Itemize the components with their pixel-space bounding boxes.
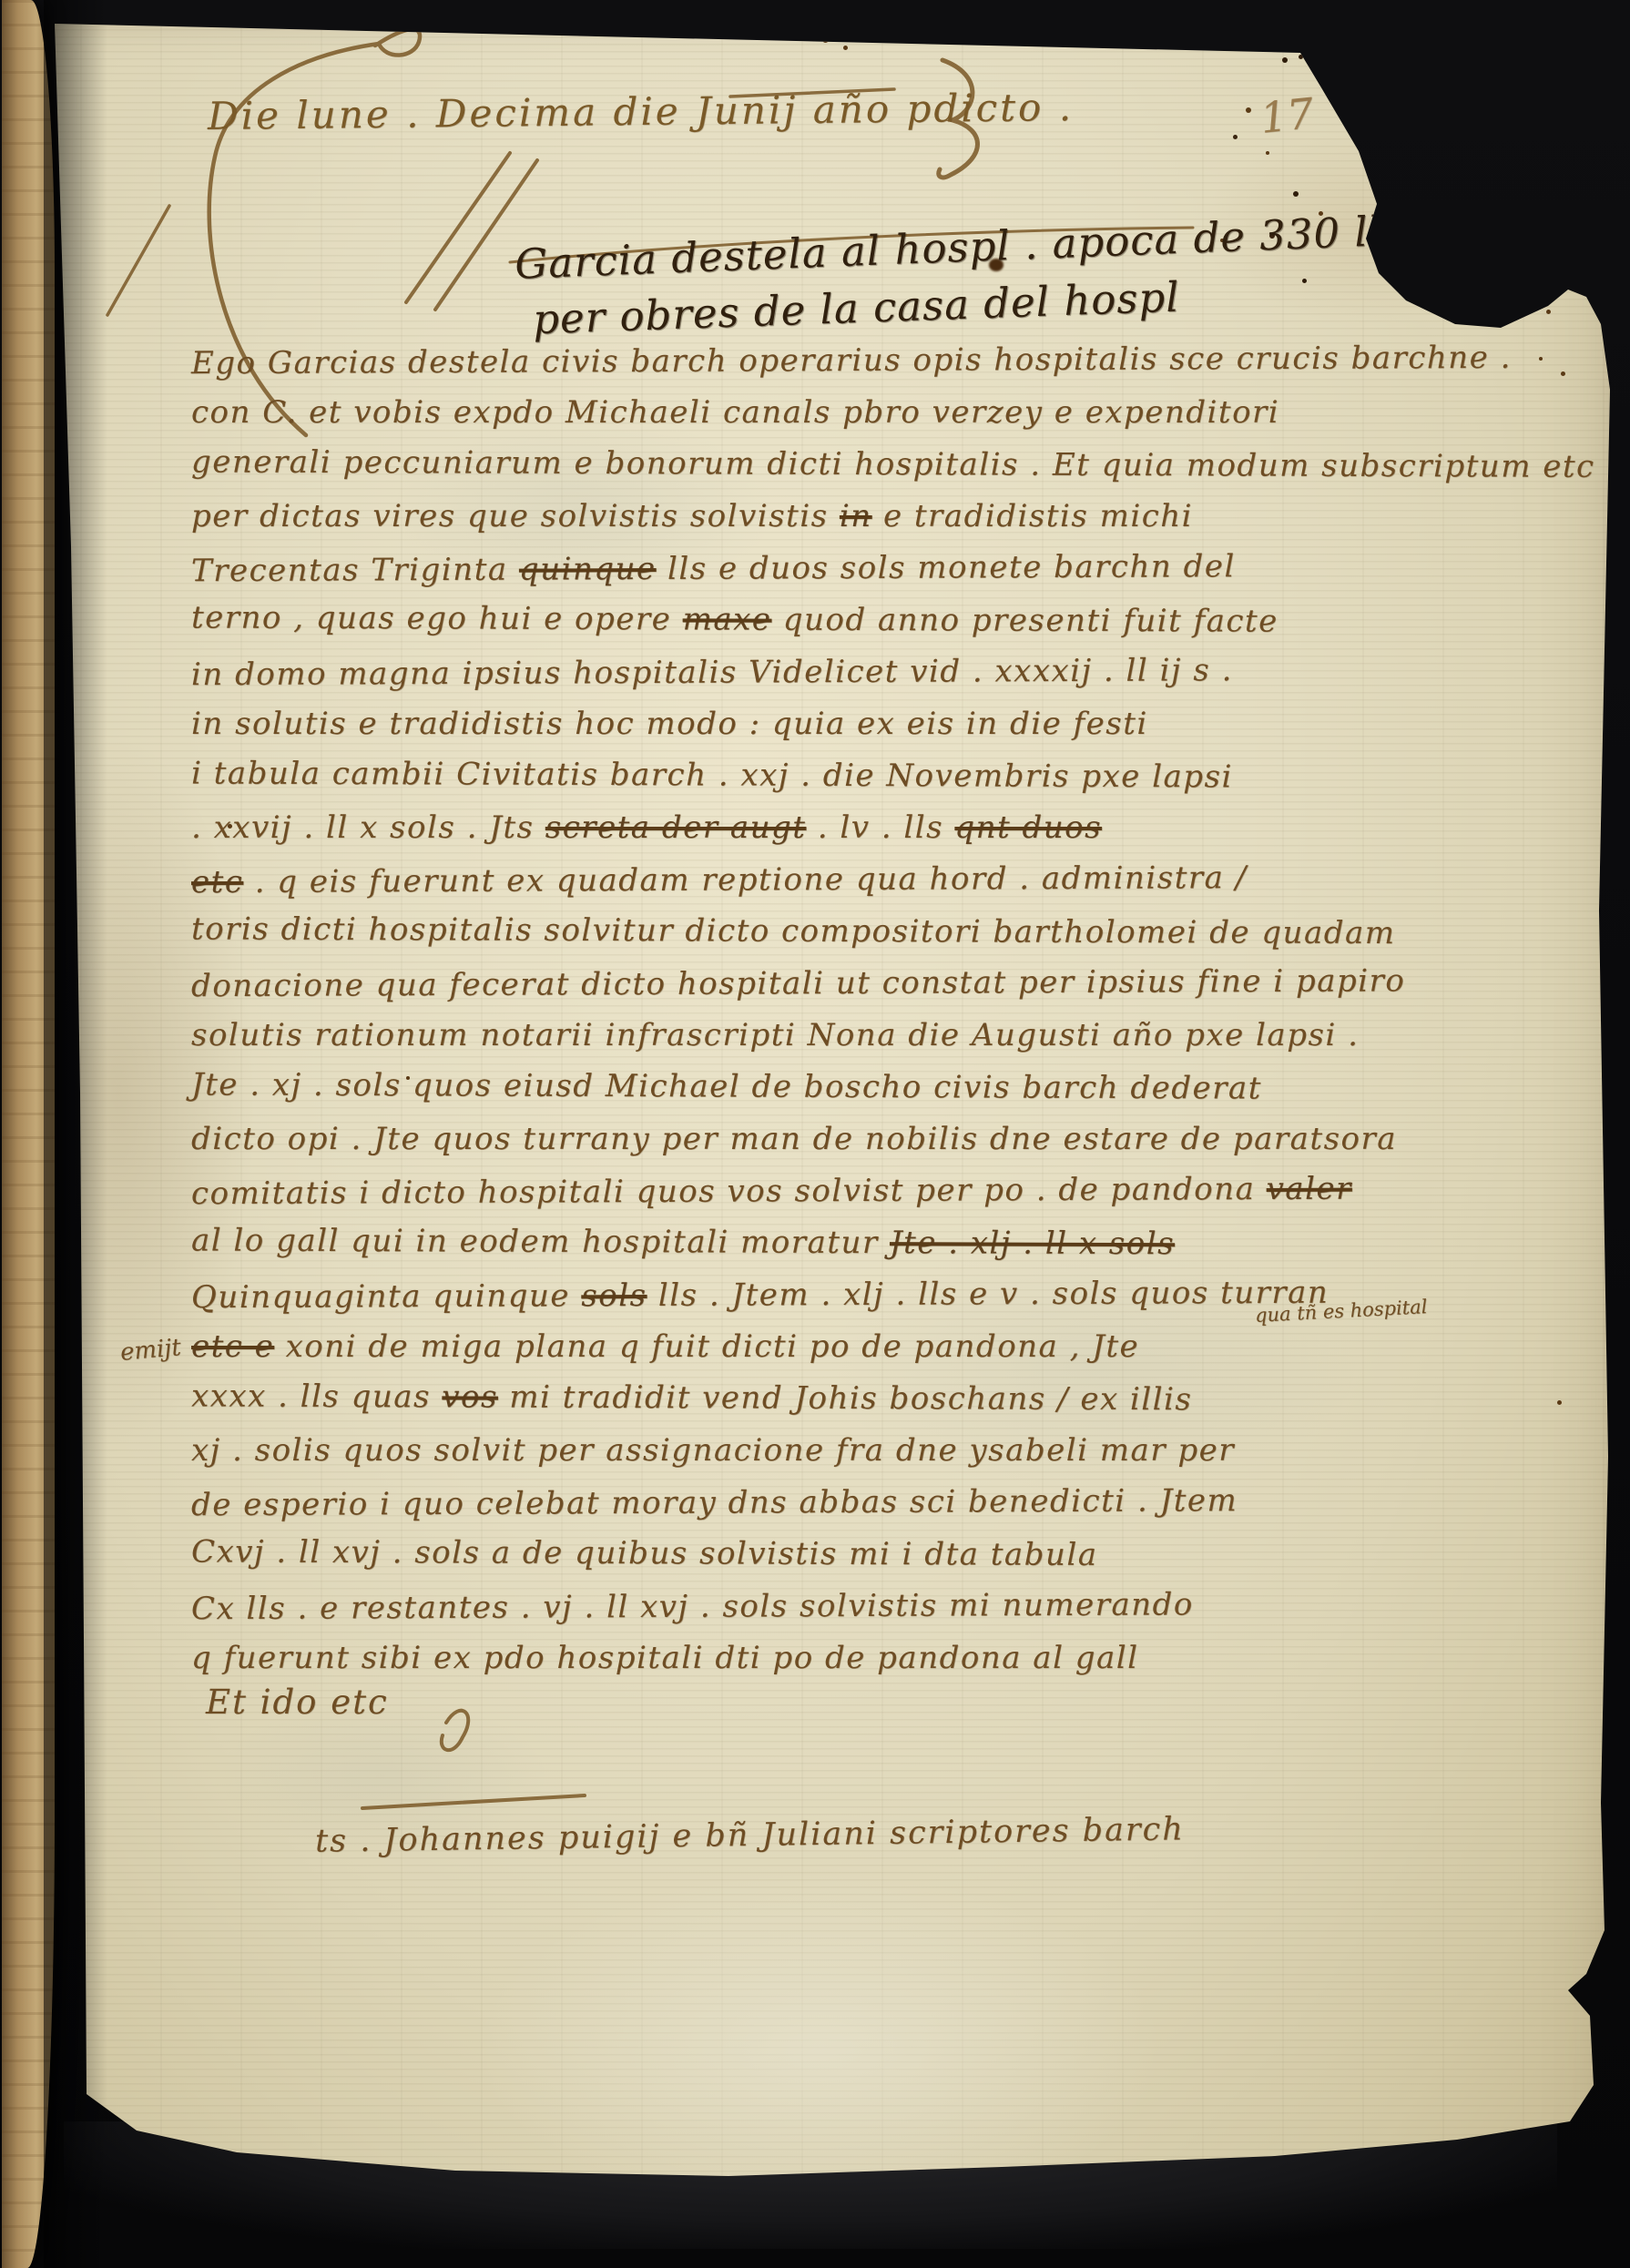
body-text: Quinquaginta quinque xyxy=(191,1277,581,1316)
foxing-speck xyxy=(1557,1400,1562,1405)
struck-text: etc xyxy=(191,864,244,900)
manuscript-line: Cxvj . ll xvj . sols a de quibus solvist… xyxy=(191,1526,1521,1582)
foxing-speck xyxy=(1546,310,1551,314)
foxing-speck xyxy=(1233,135,1238,139)
body-text: . lv . lls xyxy=(806,809,954,846)
manuscript-line: i tabula cambii Civitatis barch . xxj . … xyxy=(191,748,1521,804)
struck-text: maxe xyxy=(683,601,772,637)
manuscript-line: etc . q eis fuerunt ex quadam reptione q… xyxy=(191,851,1521,909)
manuscript-line: in domo magna ipsius hospitalis Videlice… xyxy=(191,644,1521,701)
foxing-speck xyxy=(1266,151,1269,155)
foxing-speck xyxy=(843,46,848,50)
struck-text: quinque xyxy=(519,551,657,588)
body-text: in solutis e tradidistis hoc modo : quia… xyxy=(191,706,1148,742)
body-text: toris dicti hospitalis solvitur dicto co… xyxy=(191,910,1396,951)
body-text: xoni de miga plana q fuit dicti po de pa… xyxy=(274,1328,1139,1365)
folio-number: 17 xyxy=(1258,88,1316,143)
manuscript-line: Ego Garcias destela civis barch operariu… xyxy=(191,332,1521,390)
manuscript-line: Cx lls . e restantes . vj . ll xvj . sol… xyxy=(191,1578,1521,1635)
manuscript-line: per dictas vires que solvistis solvistis… xyxy=(191,491,1521,543)
foxing-speck xyxy=(1299,55,1303,59)
closing-formula: Et ido etc xyxy=(206,1683,389,1722)
foxing-speck xyxy=(1539,357,1543,361)
manuscript-line: comitatis i dicto hospitali quos vos sol… xyxy=(191,1163,1521,1220)
manuscript-line: con C. et vobis expdo Michaeli canals pb… xyxy=(191,387,1521,439)
foxing-speck xyxy=(1246,107,1251,113)
rubric-title-line1: Garcia destela al hospl . apoca de 330 l… xyxy=(514,204,1460,289)
body-text: Cxvj . ll xvj . sols a de quibus solvist… xyxy=(191,1533,1098,1572)
body-text: xj . solis quos solvit per assignacione … xyxy=(191,1432,1235,1469)
body-text: donacione qua fecerat dicto hospitali ut… xyxy=(191,962,1406,1004)
body-text: de esperio i quo celebat moray dns abbas… xyxy=(191,1482,1238,1523)
manuscript-line: etc e xoni de miga plana q fuit dicti po… xyxy=(191,1321,1521,1373)
foxing-speck xyxy=(1302,279,1307,283)
manuscript-line: in solutis e tradidistis hoc modo : quia… xyxy=(191,698,1521,750)
foxing-speck xyxy=(1561,371,1565,376)
body-text-block: Ego Garcias destela civis barch operariu… xyxy=(191,335,1521,1684)
body-text: i tabula cambii Civitatis barch . xxj . … xyxy=(191,755,1233,795)
manuscript-line: generali peccuniarum e bonorum dicti hos… xyxy=(191,436,1521,493)
body-text: generali peccuniarum e bonorum dicti hos… xyxy=(191,443,1595,484)
body-text: q fuerunt sibi ex pdo hospitali dti po d… xyxy=(191,1640,1139,1676)
title-paraph-slash1 xyxy=(406,153,510,302)
manuscript-page: 17 Die lune . Decima die Junij año pdict… xyxy=(0,0,1630,2268)
body-text: al lo gall qui in eodem hospitali moratu… xyxy=(191,1222,890,1261)
body-text: xxxx . lls quas xyxy=(191,1378,442,1415)
body-text: in domo magna ipsius hospitalis Videlice… xyxy=(191,652,1233,693)
body-text: per dictas vires que solvistis solvistis xyxy=(191,498,840,534)
body-text: e tradidistis michi xyxy=(872,498,1193,534)
body-text: mi tradidit vend Johis boschans / ex ill… xyxy=(498,1379,1193,1419)
struck-text: Jte . xlj . ll x sols xyxy=(890,1225,1175,1262)
manuscript-line: Trecentas Triginta quinque lls e duos so… xyxy=(191,540,1521,597)
body-text: Ego Garcias destela civis barch operariu… xyxy=(191,340,1512,381)
manuscript-photo: 17 Die lune . Decima die Junij año pdict… xyxy=(0,0,1630,2268)
date-header: Die lune . Decima die Junij año pdicto . xyxy=(208,85,1075,138)
manuscript-line: solutis rationum notarii infrascripti No… xyxy=(191,1010,1521,1062)
manuscript-line: de esperio i quo celebat moray dns abbas… xyxy=(191,1474,1521,1531)
manuscript-line: Jte . xj . sols quos eiusd Michael de bo… xyxy=(191,1059,1521,1115)
foxing-speck xyxy=(822,36,829,43)
struck-text: etc e xyxy=(191,1328,274,1365)
closing-flourish xyxy=(442,1711,468,1750)
manuscript-line: terno , quas ego hui e opere maxe quod a… xyxy=(191,592,1521,648)
foxing-speck xyxy=(1293,191,1299,197)
manuscript-line: xxxx . lls quas vos mi tradidit vend Joh… xyxy=(191,1370,1521,1427)
body-text: . xxvij . ll x sols . Jts xyxy=(191,809,545,846)
body-text: dicto opi . Jte quos turrany per man de … xyxy=(191,1121,1397,1157)
body-text: . q eis fuerunt ex quadam reptione qua h… xyxy=(243,859,1247,900)
struck-text: sols xyxy=(581,1277,647,1314)
struck-text: qnt duos xyxy=(954,809,1102,846)
body-text: Cx lls . e restantes . vj . ll xvj . sol… xyxy=(191,1586,1194,1627)
body-text: lls e duos sols monete barchn del xyxy=(657,548,1236,587)
body-text: Trecentas Triginta xyxy=(191,552,519,590)
notary-name-stroke xyxy=(362,1795,585,1808)
left-margin-slash xyxy=(107,206,169,315)
struck-text: vos xyxy=(442,1378,498,1415)
body-text: terno , quas ego hui e opere xyxy=(191,599,683,637)
marginal-note: emijt xyxy=(119,1334,182,1367)
body-text: lls . Jtem . xlj . lls e v . sols quos t… xyxy=(647,1275,1329,1314)
foxing-speck xyxy=(1282,57,1288,63)
manuscript-line: dicto opi . Jte quos turrany per man de … xyxy=(191,1114,1521,1165)
manuscript-line: . xxvij . ll x sols . Jts screta der aug… xyxy=(191,802,1521,854)
manuscript-line: al lo gall qui in eodem hospitali moratu… xyxy=(191,1215,1521,1271)
body-text: comitatis i dicto hospitali quos vos sol… xyxy=(191,1171,1267,1212)
struck-text: in xyxy=(840,498,872,534)
witness-notary-line: ts . Johannes puigij e bñ Juliani script… xyxy=(315,1811,1185,1859)
body-text: con C. et vobis expdo Michaeli canals pb… xyxy=(191,394,1279,431)
struck-text: valer xyxy=(1267,1171,1352,1207)
body-text: Jte . xj . sols quos eiusd Michael de bo… xyxy=(191,1066,1262,1106)
manuscript-line: q fuerunt sibi ex pdo hospitali dti po d… xyxy=(191,1632,1521,1684)
manuscript-line: xj . solis quos solvit per assignacione … xyxy=(191,1425,1521,1477)
manuscript-line: donacione qua fecerat dicto hospitali ut… xyxy=(191,955,1521,1012)
facing-page-edge xyxy=(2,0,55,2268)
body-text: solutis rationum notarii infrascripti No… xyxy=(191,1017,1359,1053)
body-text: quod anno presenti fuit facte xyxy=(771,602,1278,640)
manuscript-line: toris dicti hospitalis solvitur dicto co… xyxy=(191,903,1521,960)
struck-text: screta der augt xyxy=(545,809,807,846)
